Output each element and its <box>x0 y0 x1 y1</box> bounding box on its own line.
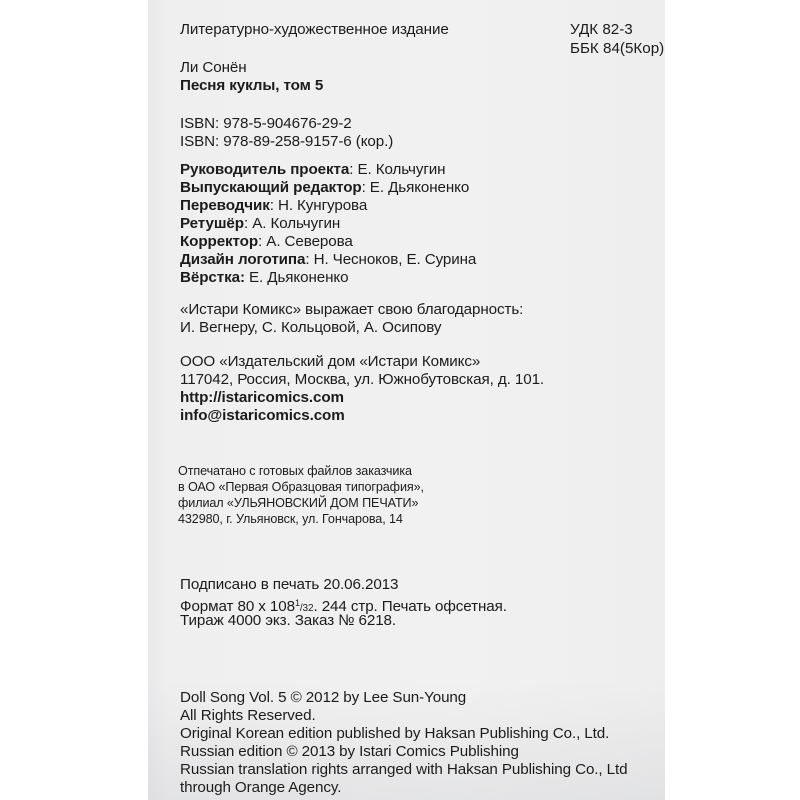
author: Ли Сонён <box>180 59 247 77</box>
printer-line: Отпечатано с готовых файлов заказчика <box>178 463 412 479</box>
credit-role: Вёрстка <box>180 269 240 286</box>
isbn-russian: ISBN: 978-5-904676-29-2 <box>180 115 352 133</box>
credit-row: Вёрстка: Е. Дьяконенко <box>180 269 348 287</box>
copyright-line: Doll Song Vol. 5 © 2012 by Lee Sun-Young <box>180 689 466 707</box>
credit-row: Ретушёр: А. Кольчугин <box>180 215 340 233</box>
print-run: Тираж 4000 экз. Заказ № 6218. <box>180 612 396 630</box>
credit-name: А. Кольчугин <box>248 215 340 232</box>
copyright-line: All Rights Reserved. <box>180 707 316 725</box>
isbn-korean: ISBN: 978-89-258-9157-6 (кор.) <box>180 133 393 151</box>
book-title: Песня куклы, том 5 <box>180 77 323 95</box>
copyright-line: Original Korean edition published by Hak… <box>180 725 609 743</box>
signed-to-print: Подписано в печать 20.06.2013 <box>180 576 398 594</box>
credit-role: Дизайн логотипа <box>180 251 305 268</box>
credit-role: Ретушёр <box>180 215 244 232</box>
credit-role: Корректор <box>180 233 258 250</box>
printer-line: 432980, г. Ульяновск, ул. Гончарова, 14 <box>178 511 403 527</box>
publisher-email-link[interactable]: info@istaricomics.com <box>180 407 345 425</box>
edition-type: Литературно-художественное издание <box>180 21 449 39</box>
copyright-line: Russian edition © 2013 by Istari Comics … <box>180 743 519 761</box>
gratitude-heading: «Истари Комикс» выражает свою благодарно… <box>180 301 523 319</box>
credit-name: Е. Дьяконенко <box>366 179 470 196</box>
credit-row: Дизайн логотипа: Н. Чесноков, Е. Сурина <box>180 251 476 269</box>
credit-role: Переводчик <box>180 197 270 214</box>
publisher-address: 117042, Россия, Москва, ул. Южнобутовска… <box>180 371 544 389</box>
credit-name: А. Северова <box>262 233 353 250</box>
credit-role: Руководитель проекта <box>180 161 349 178</box>
copyright-line: Russian translation rights arranged with… <box>180 761 627 779</box>
credit-row: Переводчик: Н. Кунгурова <box>180 197 367 215</box>
gratitude-names: И. Вегнеру, С. Кольцовой, А. Осипову <box>180 319 441 337</box>
printer-line: филиал «УЛЬЯНОВСКИЙ ДОМ ПЕЧАТИ» <box>178 495 418 511</box>
bbk-code: ББК 84(5Кор) <box>570 40 664 58</box>
credit-name: Е. Дьяконенко <box>245 269 349 286</box>
credit-name: Н. Чесноков, Е. Сурина <box>309 251 476 268</box>
credit-name: Е. Кольчугин <box>353 161 445 178</box>
credit-row: Корректор: А. Северова <box>180 233 353 251</box>
copyright-line: through Orange Agency. <box>180 779 341 797</box>
publisher-name: ООО «Издательский дом «Истари Комикс» <box>180 353 480 371</box>
credit-role: Выпускающий редактор <box>180 179 362 196</box>
credit-row: Выпускающий редактор: Е. Дьяконенко <box>180 179 469 197</box>
printer-line: в ОАО «Первая Образцовая типография», <box>178 479 424 495</box>
credit-row: Руководитель проекта: Е. Кольчугин <box>180 161 445 179</box>
udk-code: УДК 82-3 <box>570 21 633 39</box>
publisher-website-link[interactable]: http://istaricomics.com <box>180 389 344 407</box>
credit-name: Н. Кунгурова <box>274 197 367 214</box>
